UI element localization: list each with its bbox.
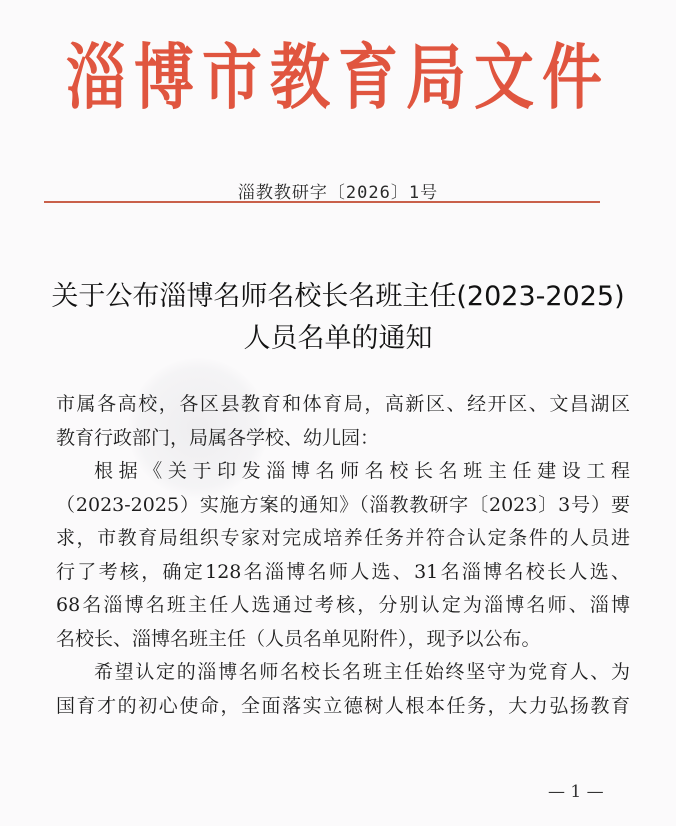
notice-title-line-2: 人员名单的通知	[0, 318, 676, 360]
document-number: 淄教教研字〔2026〕1号	[0, 178, 676, 203]
body-line-recipients-1: 市属各高校，各区县教育和体育局，高新区、经开区、文昌湖区	[56, 388, 630, 422]
body-line-para2-1: 希望认定的淄博名师名校长名班主任始终坚守为党育人、为	[56, 656, 630, 690]
body-line-para1-3: 求，市教育局组织专家对完成培养任务并符合认定条件的人员进	[56, 522, 630, 556]
red-divider-rule	[44, 201, 600, 203]
document-page: 淄博市教育局文件 淄教教研字〔2026〕1号 关于公布淄博名师名校长名班主任(2…	[0, 0, 676, 826]
body-line-recipients-2: 教育行政部门，局属各学校、幼儿园：	[56, 422, 630, 456]
body-line-para1-4: 行了考核，确定128名淄博名师人选、31名淄博名校长人选、	[56, 556, 630, 590]
page-number: — 1 —	[548, 782, 604, 802]
notice-title: 关于公布淄博名师名校长名班主任(2023-2025) 人员名单的通知	[0, 276, 676, 360]
body-line-para1-5: 68名淄博名班主任人选通过考核，分别认定为淄博名师、淄博	[56, 589, 630, 623]
body-line-para2-2: 国育才的初心使命，全面落实立德树人根本任务，大力弘扬教育	[56, 690, 630, 724]
notice-body: 市属各高校，各区县教育和体育局，高新区、经开区、文昌湖区 教育行政部门，局属各学…	[56, 388, 630, 723]
body-line-para1-2: （2023-2025）实施方案的通知》（淄教教研字〔2023〕3号）要	[56, 489, 630, 523]
notice-title-line-1: 关于公布淄博名师名校长名班主任(2023-2025)	[0, 276, 676, 318]
masthead-title: 淄博市教育局文件	[0, 22, 676, 123]
body-line-para1-1: 根据《关于印发淄博名师名校长名班主任建设工程	[56, 455, 630, 489]
body-line-para1-6: 名校长、淄博名班主任（人员名单见附件），现予以公布。	[56, 623, 630, 657]
